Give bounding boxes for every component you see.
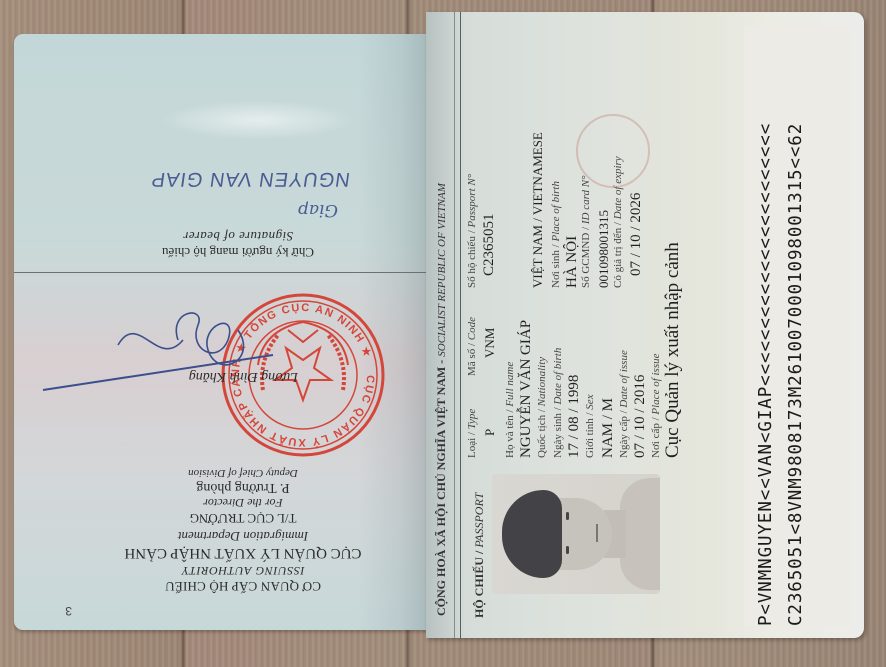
for-director-vn: T/L CỤC TRƯỞNG [78, 510, 408, 526]
full-name-value: NGUYỄN VĂN GIÁP [518, 320, 535, 458]
code-value: VNM [482, 328, 498, 358]
document-title: HỘ CHIẾU / PASSPORT [472, 493, 487, 618]
document-title-en: PASSPORT [472, 493, 486, 548]
date-of-birth-value: 17 / 08 / 1998 [566, 375, 583, 458]
data-page-content: CỘNG HOÀ XÃ HỘI CHỦ NGHĨA VIỆT NAM - SOC… [426, 12, 864, 638]
place-of-issue-value: Cục Quản lý xuất nhập cảnh [662, 242, 684, 458]
passport-data-page: CỘNG HOÀ XÃ HỘI CHỦ NGHĨA VIỆT NAM - SOC… [426, 12, 864, 638]
holder-photo [492, 474, 660, 594]
issuing-authority-name-en: Immigration Department [78, 528, 408, 544]
header-rule [454, 12, 455, 638]
bearer-signature: Giap [298, 200, 338, 220]
passport-number-value: C2365051 [481, 213, 498, 276]
full-name-label: Họ và tên / Full name [504, 362, 516, 458]
issuing-authority-block: CƠ QUAN CẤP HỘ CHIẾU ISSUING AUTHORITY C… [78, 467, 408, 594]
bearer-handwritten-name: NGUYEN VAN GIAP [149, 167, 351, 190]
date-of-expiry-value: 07 / 10 / 2026 [628, 193, 645, 276]
date-of-issue-value: 07 / 10 / 2016 [632, 375, 649, 458]
sex-label: Giới tính / Sex [584, 394, 596, 458]
issuing-authority-label-en: ISSUING AUTHORITY [78, 563, 408, 578]
nationality-value: VIỆT NAM / VIETNAMESE [530, 132, 546, 288]
signer-title-en: Deputy Chief of Division [78, 467, 408, 479]
nationality-label: Quốc tịch / Nationality [536, 357, 548, 458]
signer-title-vn: P. Trưởng phòng [78, 479, 408, 495]
issuing-authority-name-vn: CỤC QUẢN LÝ XUẤT NHẬP CẢNH [78, 544, 408, 561]
passport-no-label: Số hộ chiếu / Passport N° [466, 174, 478, 288]
left-page-content: 3 CƠ QUAN CẤP HỘ CHIẾU ISSUING AUTHORITY… [14, 34, 428, 630]
place-of-birth-value: HÀ NỘI [564, 236, 581, 288]
bearer-signature-label-vn: Chữ ký người mang hộ chiếu [88, 244, 388, 260]
id-card-value: 001098001315 [596, 210, 612, 288]
place-of-birth-label: Nơi sinh / Place of birth [550, 181, 562, 288]
sex-value: NAM / M [600, 398, 617, 458]
id-card-label: Số GCMND / ID card N° [580, 176, 592, 289]
for-director-en: For the Director [78, 495, 408, 510]
bearer-signature-label: Chữ ký người mang hộ chiếu Signature of … [88, 228, 388, 260]
watermark [158, 100, 358, 140]
country-header: CỘNG HOÀ XÃ HỘI CHỦ NGHĨA VIỆT NAM - SOC… [434, 183, 449, 616]
bearer-signature-label-en: Signature of bearer [88, 228, 388, 244]
mrz-line-2: C2365051<8VNM9808173M2610070001098001315… [786, 123, 806, 626]
security-hologram-icon [576, 114, 650, 188]
date-of-issue-label: Ngày cấp / Date of issue [618, 350, 630, 458]
code-label: Mã số / Code [466, 317, 478, 376]
issuing-authority-label-vn: CƠ QUAN CẤP HỘ CHIẾU [78, 578, 408, 594]
page-number: 3 [65, 604, 72, 618]
place-of-issue-label: Nơi cấp / Place of issue [650, 353, 662, 458]
mrz-line-1: P<VNMNGUYEN<<VAN<GIAP<<<<<<<<<<<<<<<<<<<… [756, 123, 776, 626]
type-value: P [482, 429, 498, 436]
page-divider-line [14, 272, 428, 273]
official-signer-name: Lương Đình Khăng [189, 368, 298, 384]
passport-left-page: 3 CƠ QUAN CẤP HỘ CHIẾU ISSUING AUTHORITY… [14, 34, 428, 630]
date-of-birth-label: Ngày sinh / Date of birth [552, 348, 564, 458]
type-label: Loại / Type [466, 409, 478, 458]
country-name-vn: CỘNG HOÀ XÃ HỘI CHỦ NGHĨA VIỆT NAM [434, 367, 448, 616]
document-title-vn: HỘ CHIẾU [472, 557, 486, 618]
country-name-en: SOCIALIST REPUBLIC OF VIETNAM [436, 183, 448, 357]
